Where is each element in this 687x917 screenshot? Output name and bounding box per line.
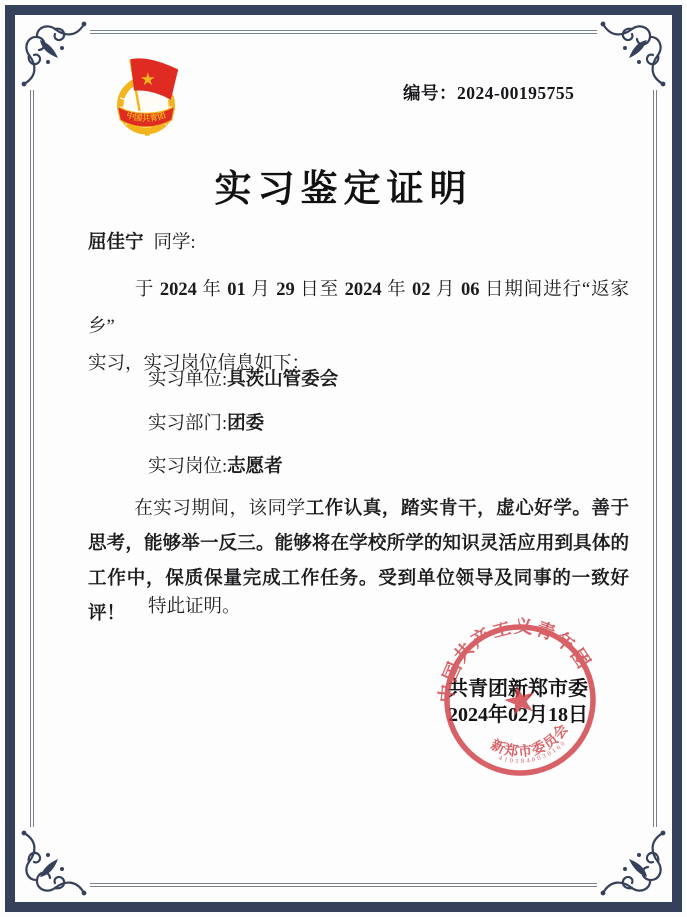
end-month: 02 bbox=[412, 280, 431, 300]
student-name: 屈佳宁 bbox=[88, 233, 144, 253]
svg-text:4101840030160: 4101840030160 bbox=[496, 738, 571, 772]
seal-code-digits: 4101840030160 bbox=[496, 738, 571, 772]
field-label: 实习单位: bbox=[148, 370, 227, 390]
field-value: 团委 bbox=[227, 414, 264, 434]
issuing-organization: 共青团新郑市委 bbox=[448, 676, 588, 702]
field-label: 实习部门: bbox=[148, 414, 227, 434]
serial-number: 编号：2024-00195755 bbox=[403, 80, 574, 105]
corner-ornament-bottom-left-icon bbox=[18, 827, 90, 899]
youth-league-emblem-icon: ★ 中国共青团 bbox=[100, 50, 192, 146]
field-internship-position: 实习岗位:志愿者 bbox=[148, 452, 283, 478]
certificate-page: ★ 中国共青团 编号：2024-00195755 实习鉴定证明 屈佳宁同学: 于… bbox=[0, 0, 687, 917]
start-day: 29 bbox=[276, 280, 295, 300]
emblem-flag-star-icon: ★ bbox=[140, 69, 156, 89]
salutation-suffix: 同学: bbox=[154, 233, 196, 253]
end-day: 06 bbox=[461, 280, 480, 300]
field-value: 志愿者 bbox=[227, 457, 283, 477]
signature-block: 共青团新郑市委 2024年02月18日 bbox=[448, 676, 588, 728]
corner-ornament-bottom-right-icon bbox=[597, 827, 669, 899]
start-month: 01 bbox=[227, 280, 246, 300]
corner-ornament-top-left-icon bbox=[18, 18, 90, 90]
salutation: 屈佳宁同学: bbox=[88, 228, 196, 254]
field-label: 实习岗位: bbox=[148, 457, 227, 477]
field-value: 具茨山管委会 bbox=[227, 370, 338, 390]
end-year: 2024 bbox=[345, 280, 382, 300]
certificate-title: 实习鉴定证明 bbox=[0, 158, 687, 212]
start-year: 2024 bbox=[160, 280, 197, 300]
field-internship-department: 实习部门:团委 bbox=[148, 409, 264, 435]
issue-date: 2024年02月18日 bbox=[448, 702, 588, 728]
closing-statement: 特此证明。 bbox=[148, 592, 241, 618]
field-internship-unit: 实习单位:具茨山管委会 bbox=[148, 365, 338, 391]
corner-ornament-top-right-icon bbox=[597, 18, 669, 90]
